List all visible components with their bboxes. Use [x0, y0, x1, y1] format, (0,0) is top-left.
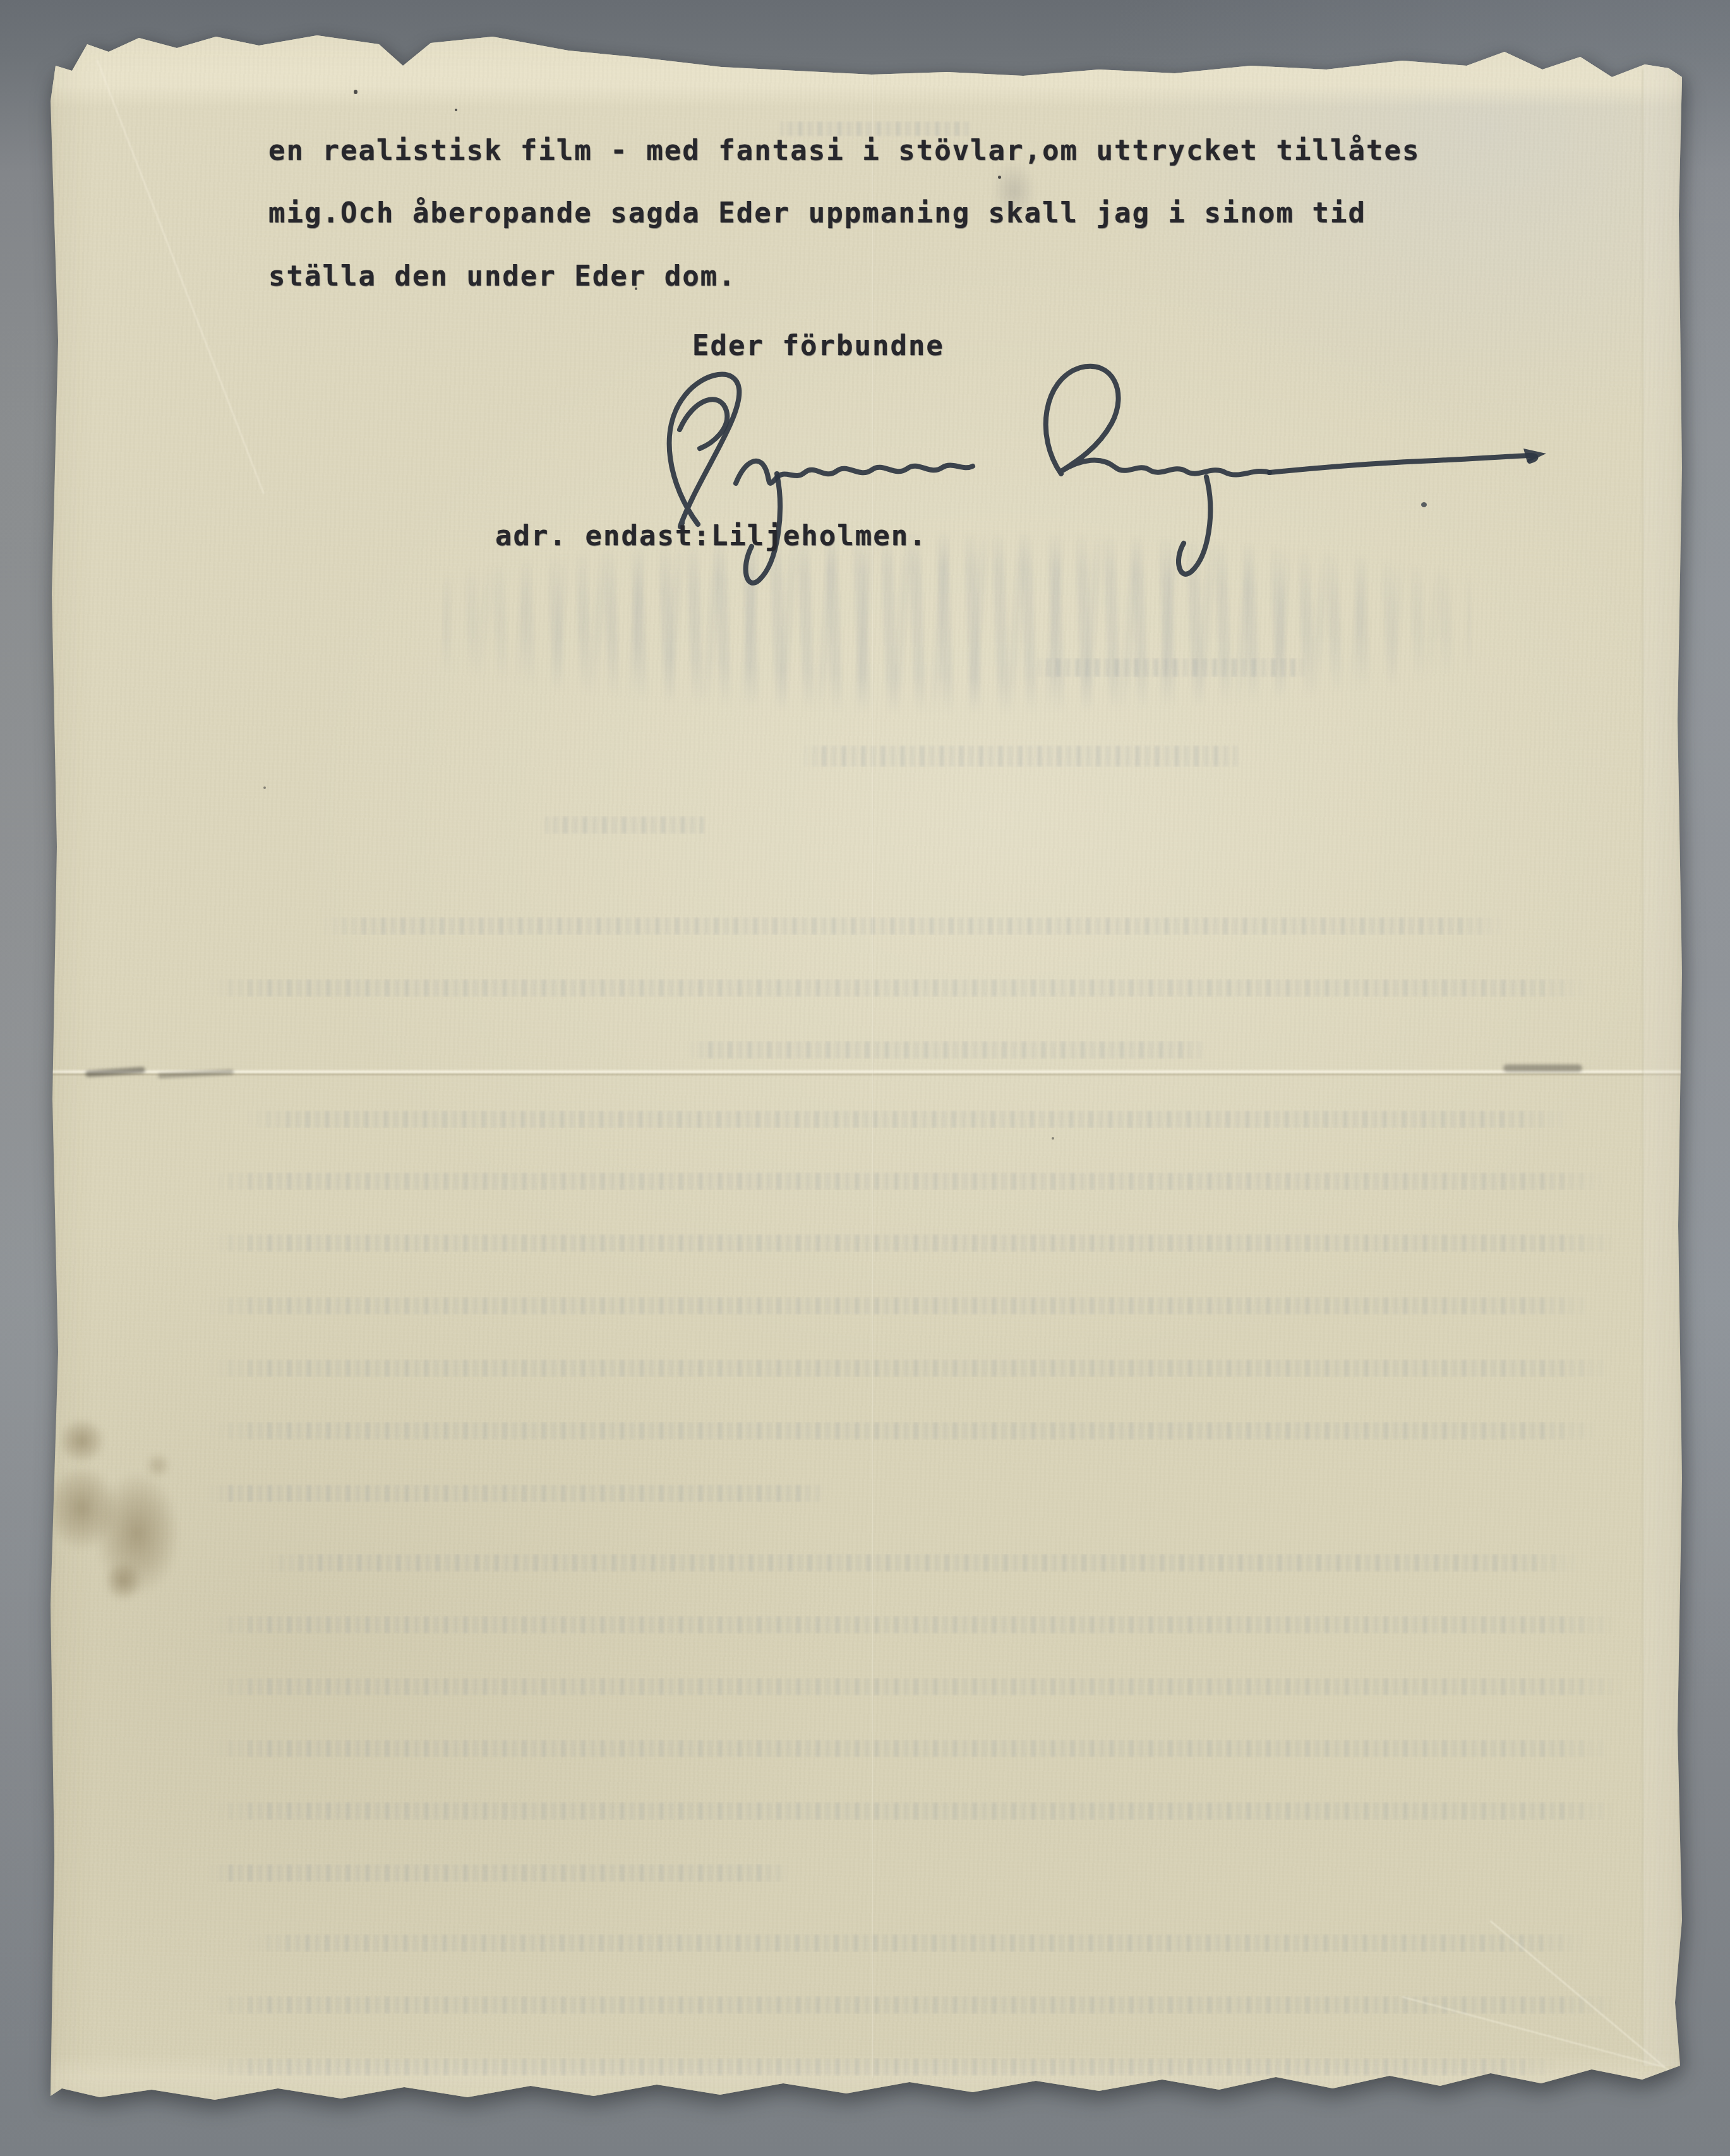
bleedthrough-line — [208, 979, 1585, 997]
bleedthrough-line — [543, 816, 707, 834]
bleedthrough-line — [246, 1934, 1585, 1952]
stain — [95, 1472, 180, 1595]
bleedthrough-line — [208, 1297, 1592, 1315]
stain — [58, 1418, 105, 1464]
bleedthrough-line — [778, 121, 974, 136]
letter-page-wrap: en realistisk film - med fantasi i stövl… — [51, 25, 1682, 2105]
stain — [145, 1453, 171, 1478]
bleedthrough-line — [1036, 658, 1307, 677]
stain — [104, 1562, 142, 1601]
fold-smudge — [158, 1069, 234, 1078]
bleedthrough-line — [208, 2058, 1560, 2076]
bleedthrough-line — [208, 1485, 827, 1502]
bleedthrough-line — [208, 1996, 1617, 2014]
scanner-background: en realistisk film - med fantasi i stövl… — [0, 0, 1730, 2156]
typed-line-3: ställa den under Eder dom. — [268, 260, 736, 292]
ink-speck — [1052, 1137, 1054, 1140]
ink-speck — [263, 786, 266, 789]
bleedthrough-line — [208, 1864, 790, 1882]
bleedthrough-line — [208, 1422, 1598, 1440]
bleedthrough-line — [802, 745, 1244, 767]
gray-smudge — [992, 161, 1036, 221]
fold-smudge — [1503, 1064, 1582, 1072]
signature — [619, 354, 1579, 606]
bottom-right-wrinkle — [1402, 1996, 1664, 2068]
right-edge-crease — [1642, 69, 1644, 2066]
bottom-right-wrinkle — [1490, 1920, 1685, 2084]
ink-speck — [1421, 502, 1427, 507]
bleedthrough-line — [688, 1041, 1206, 1059]
bleedthrough-line — [246, 1111, 1566, 1128]
typed-line-1: en realistisk film - med fantasi i stövl… — [268, 135, 1420, 167]
bleedthrough-line — [208, 1234, 1617, 1252]
letter-page: en realistisk film - med fantasi i stövl… — [51, 25, 1682, 2105]
horizontal-fold-crease — [51, 1069, 1682, 1076]
bleedthrough-line — [208, 1678, 1623, 1695]
typed-line-2: mig.Och åberopande sagda Eder uppmaning … — [268, 197, 1366, 229]
bleedthrough-line — [208, 1740, 1611, 1757]
ink-speck — [635, 287, 637, 290]
bleedthrough-line — [208, 1616, 1617, 1634]
bleedthrough-line — [208, 1359, 1611, 1377]
bleedthrough-line — [322, 917, 1503, 935]
bleedthrough-line — [259, 1554, 1579, 1572]
right-edge-strip — [1644, 63, 1682, 2066]
fold-smudge — [85, 1067, 145, 1078]
address-line: adr. endast:Liljeholmen. — [495, 520, 927, 552]
vertical-center-crease — [872, 63, 874, 2078]
ink-speck — [455, 109, 457, 111]
bleedthrough-line — [208, 1802, 1617, 1820]
ink-speck — [998, 176, 1001, 179]
ink-speck — [354, 90, 357, 94]
signature-ink — [619, 354, 1579, 606]
stain — [45, 1466, 118, 1551]
closing-line: Eder förbundne — [692, 330, 944, 362]
top-left-corner-crease — [97, 60, 264, 494]
bleedthrough-logo — [442, 527, 1472, 717]
bleedthrough-line — [208, 1172, 1604, 1190]
